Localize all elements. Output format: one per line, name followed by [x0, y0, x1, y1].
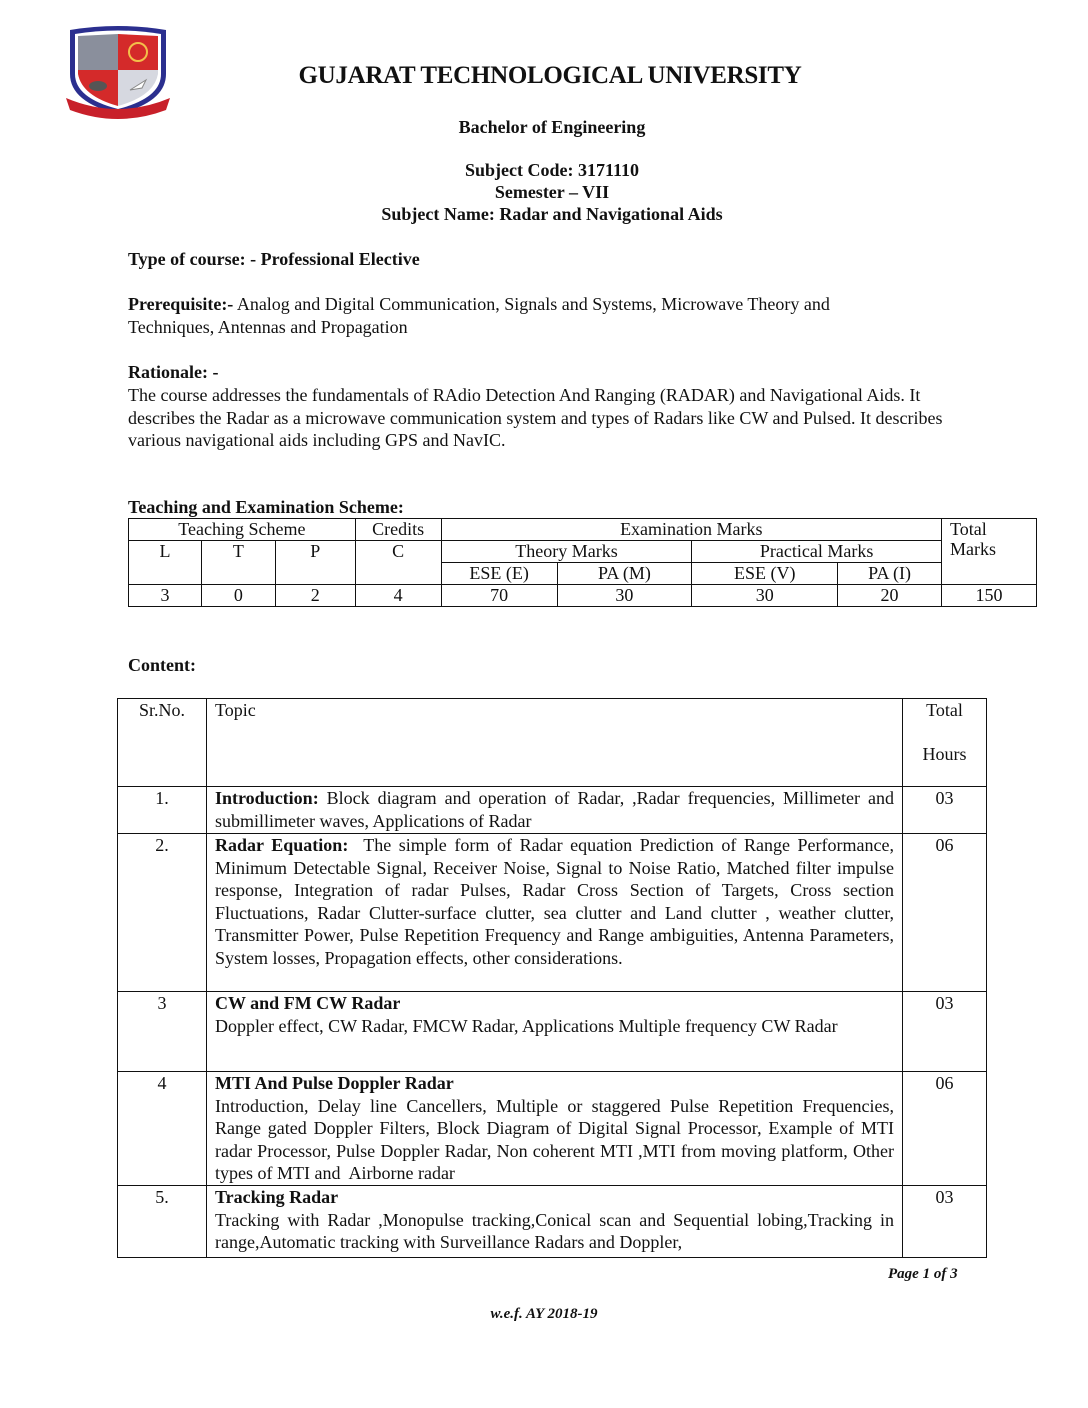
semester: Semester – VII: [350, 181, 754, 203]
value-total: 150: [941, 585, 1036, 607]
header-credits: Credits: [355, 519, 441, 541]
table-row: 5.Tracking RadarTracking with Radar ,Mon…: [118, 1185, 987, 1257]
header-pa-m: PA (M): [557, 563, 692, 585]
row-topic: Introduction: Block diagram and operatio…: [207, 787, 903, 834]
topic-title: CW and FM CW Radar: [215, 992, 894, 1015]
header-practical-marks: Practical Marks: [692, 541, 942, 563]
table-row: 2.Radar Equation: The simple form of Rad…: [118, 834, 987, 992]
header-hours-line2: Hours: [903, 743, 986, 766]
topic-description: Introduction, Delay line Cancellers, Mul…: [215, 1096, 899, 1184]
subject-code: Subject Code: 3171110: [350, 159, 754, 181]
rationale-text: The course addresses the fundamentals of…: [128, 384, 988, 452]
header-teaching-scheme: Teaching Scheme: [129, 519, 356, 541]
topic-description: Doppler effect, CW Radar, FMCW Radar, Ap…: [215, 1016, 838, 1036]
row-sr-no: 1.: [118, 787, 207, 834]
table-row: 3CW and FM CW RadarDoppler effect, CW Ra…: [118, 992, 987, 1072]
row-hours: 06: [903, 834, 987, 992]
header-c: C: [355, 541, 441, 585]
effective-year: w.e.f. AY 2018-19: [0, 1306, 1088, 1323]
topic-description: Tracking with Radar ,Monopulse tracking,…: [215, 1210, 899, 1253]
header-topic: Topic: [207, 699, 903, 787]
content-table: Sr.No. Topic Total Hours 1.Introduction:…: [117, 698, 987, 1258]
row-topic: MTI And Pulse Doppler RadarIntroduction,…: [207, 1072, 903, 1186]
row-topic: Radar Equation: The simple form of Radar…: [207, 834, 903, 992]
rationale-label: Rationale: -: [128, 362, 218, 383]
row-hours: 03: [903, 1185, 987, 1257]
topic-title: MTI And Pulse Doppler Radar: [215, 1072, 894, 1095]
value-c: 4: [355, 585, 441, 607]
row-hours: 06: [903, 1072, 987, 1186]
header-pa-i: PA (I): [838, 563, 942, 585]
value-t: 0: [201, 585, 275, 607]
header-l: L: [129, 541, 202, 585]
value-l: 3: [129, 585, 202, 607]
topic-title: Introduction:: [215, 788, 319, 808]
value-pa-m: 30: [557, 585, 692, 607]
topic-title: Radar Equation:: [215, 835, 348, 855]
header-theory-marks: Theory Marks: [441, 541, 692, 563]
header-exam-marks: Examination Marks: [441, 519, 941, 541]
content-heading: Content:: [128, 655, 196, 676]
row-sr-no: 3: [118, 992, 207, 1072]
page-number: Page 1 of 3: [888, 1266, 958, 1283]
table-row: 1.Introduction: Block diagram and operat…: [118, 787, 987, 834]
content-header-row: Sr.No. Topic Total Hours: [118, 699, 987, 787]
degree-title: Bachelor of Engineering: [350, 116, 754, 138]
header-t: T: [201, 541, 275, 585]
value-p: 2: [275, 585, 355, 607]
header-p: P: [275, 541, 355, 585]
row-topic: Tracking RadarTracking with Radar ,Monop…: [207, 1185, 903, 1257]
header-ese-e: ESE (E): [441, 563, 557, 585]
row-topic: CW and FM CW RadarDoppler effect, CW Rad…: [207, 992, 903, 1072]
scheme-heading: Teaching and Examination Scheme:: [128, 497, 404, 518]
row-sr-no: 4: [118, 1072, 207, 1186]
header-sr-no: Sr.No.: [118, 699, 207, 787]
prerequisite-text: Analog and Digital Communication, Signal…: [128, 294, 830, 337]
row-hours: 03: [903, 787, 987, 834]
row-sr-no: 5.: [118, 1185, 207, 1257]
header-hours-line1: Total: [903, 699, 986, 722]
row-sr-no: 2.: [118, 834, 207, 992]
header-total-marks: Total Marks: [941, 519, 1036, 585]
teaching-exam-scheme-table: Teaching Scheme Credits Examination Mark…: [128, 518, 1037, 607]
header-ese-v: ESE (V): [692, 563, 838, 585]
prerequisite: Prerequisite:- Analog and Digital Commun…: [128, 293, 908, 338]
row-hours: 03: [903, 992, 987, 1072]
header-total-hours: Total Hours: [903, 699, 987, 787]
table-row: 4MTI And Pulse Doppler RadarIntroduction…: [118, 1072, 987, 1186]
prerequisite-label: Prerequisite:-: [128, 294, 233, 314]
subject-name: Subject Name: Radar and Navigational Aid…: [300, 203, 804, 225]
university-title: GUJARAT TECHNOLOGICAL UNIVERSITY: [0, 62, 1088, 90]
value-pa-i: 20: [838, 585, 942, 607]
course-type: Type of course: - Professional Elective: [128, 249, 420, 270]
value-ese-v: 30: [692, 585, 838, 607]
value-ese-e: 70: [441, 585, 557, 607]
topic-title: Tracking Radar: [215, 1186, 894, 1209]
